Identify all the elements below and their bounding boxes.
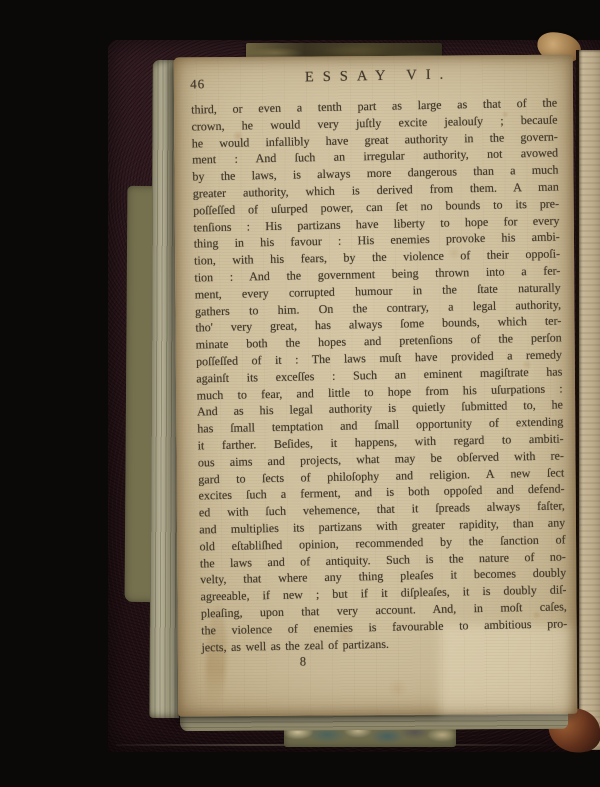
scan-background: 46 ESSAY VI. third, or even a tenth part…: [0, 0, 600, 787]
page-body-text: third, or even a tenth part as large as …: [191, 94, 568, 655]
page-header-title: ESSAY VI.: [174, 64, 573, 89]
page-number: 46: [190, 76, 205, 92]
book-page: 46 ESSAY VI. third, or even a tenth part…: [174, 55, 578, 717]
printed-content: 46 ESSAY VI. third, or even a tenth part…: [174, 52, 586, 719]
